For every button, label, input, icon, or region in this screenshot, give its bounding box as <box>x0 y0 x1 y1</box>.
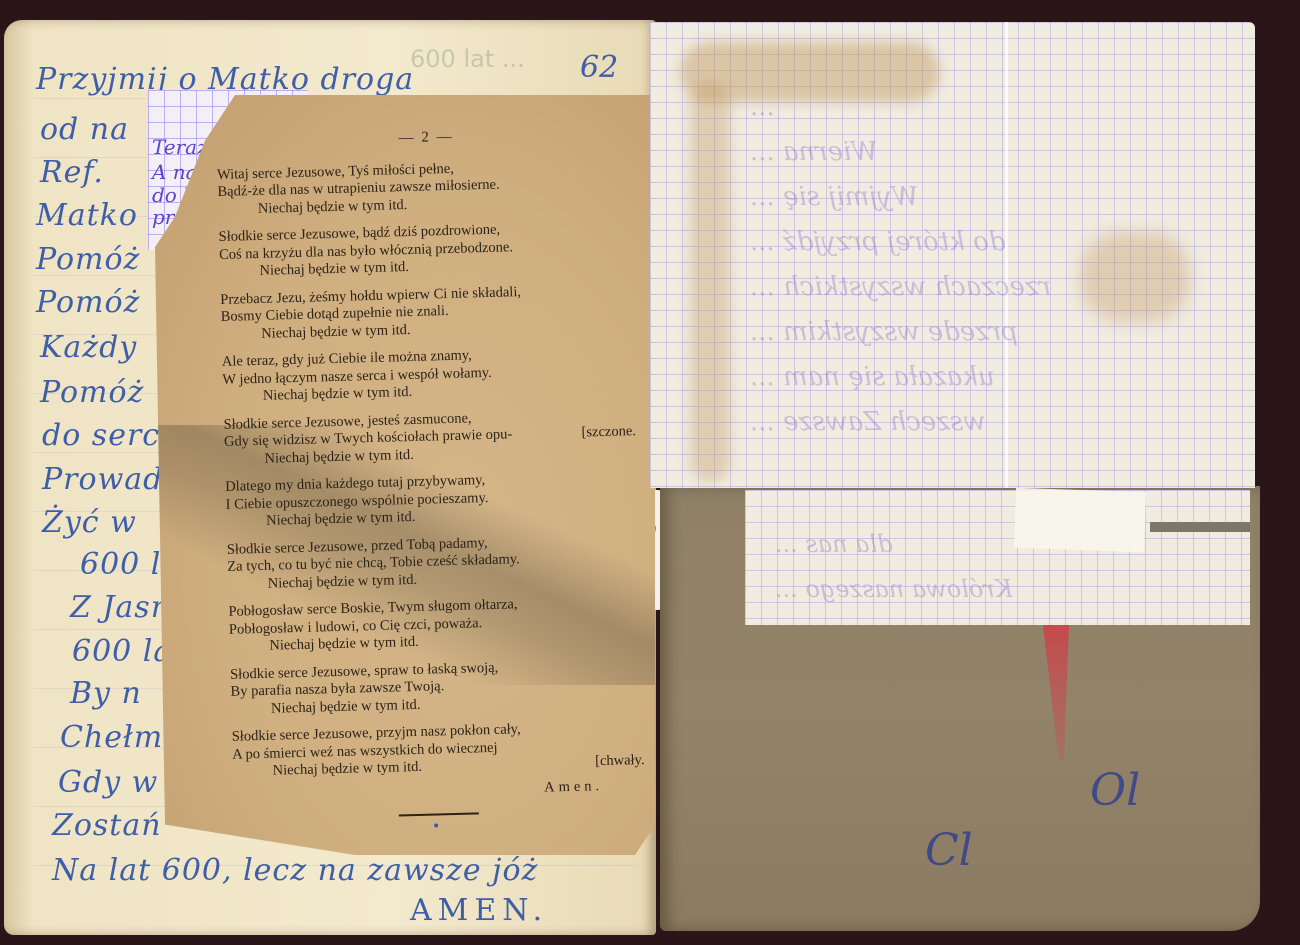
bleedthrough-line: ukazała się nam ... <box>750 362 995 392</box>
stanza: Słodkie serce Jezusowe, przyjm nasz pokł… <box>232 718 653 781</box>
handwritten-line: By n <box>70 676 142 711</box>
handwritten-line: Ref. <box>40 155 104 190</box>
dark-strip <box>1150 522 1250 532</box>
notebook-spread: 600 lat ... 62 Przyjmij o Matko droga od… <box>0 0 1300 945</box>
stain <box>690 82 730 482</box>
handwritten-line: do serc <box>42 418 160 453</box>
divider-rule <box>399 812 479 816</box>
stanza: Słodkie serce Jezusowe, bądź dziś pozdro… <box>218 218 639 281</box>
stanza: Słodkie serce Jezusowe, jesteś zasmucone… <box>223 405 644 468</box>
handwritten-line: od na <box>40 112 129 147</box>
stanza: Witaj serce Jezusowe, Tyś miłości pełne,… <box>217 155 638 218</box>
page-number: 62 <box>580 50 618 85</box>
bleedthrough-line: Wyjmij się ... <box>750 182 918 212</box>
faint-pencil-note: 600 lat ... <box>410 45 525 73</box>
bleedthrough-line: do której przyjdź ... <box>750 227 1005 257</box>
bleedthrough-line: rzeczach wszystkich ... <box>750 272 1051 302</box>
handwritten-line: Z Jasn <box>70 590 171 625</box>
amen-closing: Amen. <box>233 776 653 804</box>
bleedthrough-line: Królowa naszego ... <box>775 575 1013 603</box>
stanza: Przebacz Jezu, żeśmy hołdu wpierw Ci nie… <box>220 280 641 343</box>
stanza: Słodkie serce Jezusowe, przed Tobą padam… <box>227 530 648 593</box>
stain <box>1080 232 1190 322</box>
line-continuation: [chwały. <box>595 752 645 771</box>
hymn-text: — 2 — Witaj serce Jezusowe, Tyś miłości … <box>216 124 654 833</box>
ink-dot <box>434 823 438 827</box>
adhesive-tape <box>1014 488 1146 553</box>
handwritten-line: Żyć w <box>42 505 137 540</box>
lower-graph-paper-strip: dla nas ... Królowa naszego ... <box>745 490 1250 625</box>
handwritten-line: Pomóż <box>36 242 140 277</box>
bleedthrough-line: dla nas ... <box>775 530 893 558</box>
handwritten-line: 600 la <box>72 634 172 669</box>
handwritten-amen: AMEN. <box>410 893 548 928</box>
handwritten-line: Chełm <box>60 720 163 755</box>
handwritten-line: Na lat 600, lecz na zawsze jóż <box>52 853 538 888</box>
bleedthrough-line: Wierna ... <box>750 137 878 167</box>
handwritten-line: Gdy w <box>58 765 158 800</box>
graph-paper-sheet: ... Wierna ... Wyjmij się ... do której … <box>650 22 1255 488</box>
bleedthrough-line: wszech Zawsze ... <box>750 407 986 437</box>
line-continuation: [szczone. <box>581 423 636 442</box>
bleedthrough-line: przede wszystkim ... <box>750 317 1018 347</box>
pen-doodle: Cl <box>925 825 973 876</box>
stanza: Ale teraz, gdy już Ciebie ile można znam… <box>222 343 643 406</box>
stanza: Pobłogosław serce Boskie, Twym sługom oł… <box>228 593 649 656</box>
stanza: Słodkie serce Jezusowe, spraw to łaską s… <box>230 655 651 718</box>
bleedthrough-line: ... <box>750 92 775 122</box>
pen-doodle: Ol <box>1090 765 1140 816</box>
handwritten-line: Matko <box>36 198 138 233</box>
handwritten-line: Pomóż <box>36 285 140 320</box>
handwritten-line: Zostań <box>52 808 162 843</box>
handwritten-line: Każdy <box>40 330 137 365</box>
handwritten-line: Pomóż <box>40 375 144 410</box>
stanza: Dlatego my dnia każdego tutaj przybywamy… <box>225 468 646 531</box>
